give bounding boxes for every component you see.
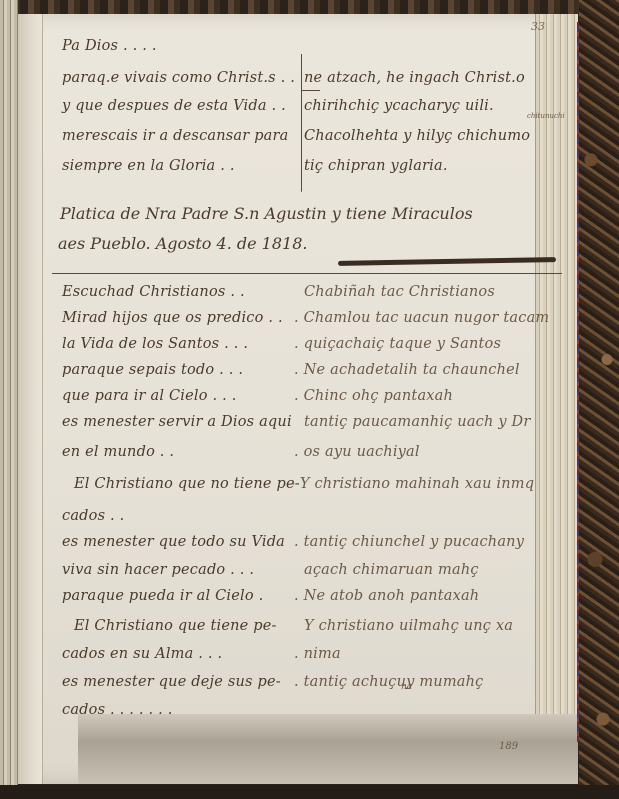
body-left-line: viva sin hacer pecado . . . bbox=[62, 562, 254, 578]
body-left-line: paraque sepais todo . . . bbox=[62, 362, 243, 378]
body-right-line: Chabiñah tac Christianos bbox=[304, 284, 495, 300]
body-right-line: . quiçachaiç taque y Santos bbox=[294, 336, 501, 352]
book-spine-pages bbox=[0, 0, 18, 799]
body-left-line: es menester servir a Dios aqui bbox=[62, 414, 292, 430]
body-left-line: es menester que todo su Vida bbox=[62, 534, 285, 550]
body-right-line: - Y christiano mahinah xau inmq bbox=[290, 476, 534, 492]
top-left-line: paraq.e vivais como Christ.s . . bbox=[62, 70, 295, 86]
body-right-line: . nima bbox=[294, 646, 341, 662]
top-right-line: tiç chipran yglaria. bbox=[304, 158, 448, 174]
body-right-line: . tantiç chiunchel y pucachany bbox=[294, 534, 524, 550]
body-right-line: açach chimaruan mahç bbox=[304, 562, 479, 578]
column-divider bbox=[301, 54, 302, 192]
body-left-line: la Vida de los Santos . . . bbox=[62, 336, 248, 352]
heading-line-2: aes Pueblo. Agosto 4. de 1818. bbox=[58, 234, 307, 253]
page-number: 33 bbox=[531, 20, 545, 33]
struck-through-text bbox=[338, 257, 556, 266]
body-left-line: que para ir al Cielo . . . bbox=[62, 388, 237, 404]
marbled-cover-board bbox=[579, 0, 619, 799]
body-left-line: cados . . bbox=[62, 508, 124, 524]
body-left-line: cados . . . . . . . bbox=[62, 702, 173, 718]
top-left-line: y que despues de esta Vida . . bbox=[62, 98, 286, 114]
horizontal-rule bbox=[52, 273, 562, 274]
manuscript-page: 33 Pa Dios . . . . paraq.e vivais como C… bbox=[18, 14, 578, 784]
body-left-line: Mirad hijos que os predico . . bbox=[62, 310, 283, 326]
divider-tick bbox=[302, 90, 320, 91]
top-right-line: ne atzach, he ingach Christ.o bbox=[304, 70, 525, 86]
body-right-line: . Chamlou tac uacun nugor tacam bbox=[294, 310, 549, 326]
binding-bottom-edge bbox=[0, 785, 619, 799]
body-left-line: paraque pueda ir al Cielo . bbox=[62, 588, 263, 604]
body-left-line: es menester que deje sus pe- bbox=[62, 674, 281, 690]
interlinear-gloss: chitunuchi bbox=[527, 112, 565, 120]
folio-number: 189 bbox=[499, 741, 518, 752]
body-left-line: El Christiano que no tiene pe- bbox=[74, 476, 300, 492]
top-right-line: chirihchiç ycacharyç uili. bbox=[304, 98, 494, 114]
page-gutter bbox=[18, 14, 43, 784]
top-left-line: merescais ir a descansar para bbox=[62, 128, 289, 144]
body-right-line: . Ne atob anoh pantaxah bbox=[294, 588, 479, 604]
body-right-line: . os ayu uachiyal bbox=[294, 444, 420, 460]
top-right-line: Chacolhehta y hilyç chichumo bbox=[304, 128, 530, 144]
heading-line-1: Platica de Nra Padre S.n Agustin y tiene… bbox=[60, 204, 473, 223]
body-right-line: . Ne achadetalih ta chaunchel bbox=[294, 362, 520, 378]
body-left-line: El Christiano que tiene pe- bbox=[74, 618, 277, 634]
body-right-line: Y christiano uilmahç unç xa bbox=[304, 618, 513, 634]
body-right-line: . Chinc ohç pantaxah bbox=[294, 388, 453, 404]
top-left-line: siempre en la Gloria . . bbox=[62, 158, 235, 174]
body-right-line: . tantiç achuçuy mumahç bbox=[294, 674, 483, 690]
body-left-line: en el mundo . . bbox=[62, 444, 174, 460]
body-left-line: cados en su Alma . . . bbox=[62, 646, 222, 662]
body-right-line: tantiç paucamanhiç uach y Dr bbox=[304, 414, 530, 430]
body-left-line: Escuchad Christianos . . bbox=[62, 284, 245, 300]
top-left-line: Pa Dios . . . . bbox=[62, 38, 157, 54]
